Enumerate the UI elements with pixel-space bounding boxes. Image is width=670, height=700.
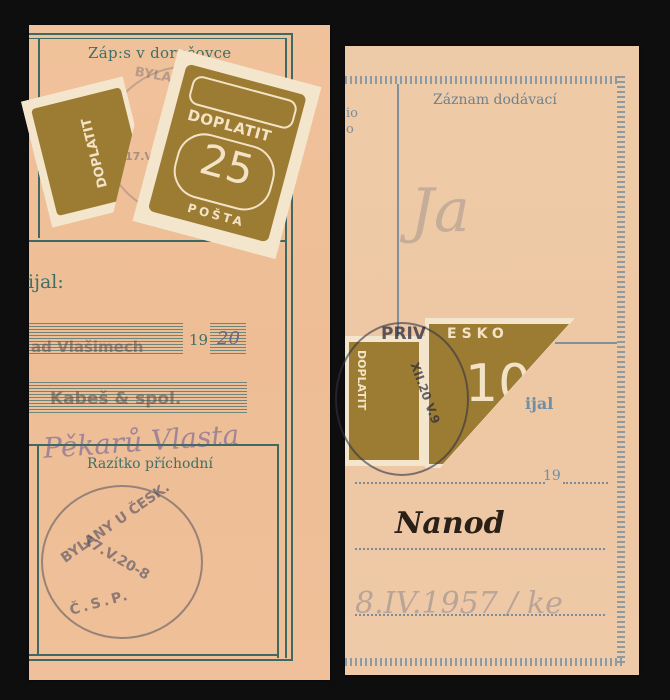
frame-line — [29, 38, 287, 39]
edge-fragment-1: io — [346, 106, 358, 122]
edge-fragment: io o — [346, 106, 358, 138]
decorative-border-top — [345, 76, 620, 84]
dotted-line — [355, 482, 545, 484]
received-label: ijal — [525, 394, 553, 413]
stamped-line-2: Kabeš & spol. — [50, 389, 181, 409]
box-bottom-line-outer — [29, 659, 293, 661]
stamp-label: DOPLATIT — [79, 116, 111, 189]
year-handwritten: 20 — [217, 328, 240, 349]
decorative-border-bottom — [345, 658, 625, 666]
dotted-line — [355, 614, 605, 616]
left-document: Záp:s v doručovce ijal: 19 20 ad Vlašime… — [29, 25, 330, 680]
edge-fragment-2: o — [346, 122, 358, 138]
decorative-border-right — [617, 76, 625, 664]
box-left-line — [37, 444, 39, 654]
year-prefix: 19 — [189, 331, 208, 349]
column-line — [397, 84, 399, 346]
dotted-line — [563, 482, 608, 484]
postmark-town: PRIV — [381, 324, 426, 344]
box-bottom-line — [29, 654, 279, 656]
stamp-country-text: ESKO — [447, 326, 509, 342]
frame-line — [29, 33, 291, 35]
pencil-mark: Ja — [410, 176, 470, 246]
dotted-line — [355, 548, 605, 550]
received-label: ijal: — [28, 271, 64, 293]
right-document: io o Záznam dodávací Ja ijal 19 Nanod 8.… — [345, 46, 639, 675]
box-right-line — [277, 444, 279, 658]
stamp-value: 10 — [465, 354, 531, 414]
stamped-line-1: ad Vlašimech — [31, 338, 143, 356]
header-title: Záznam dodávací — [433, 92, 557, 108]
field-line — [555, 342, 617, 344]
box-top-line — [29, 444, 277, 446]
handwritten-name: Nanod — [395, 506, 505, 541]
postmark-priv — [335, 322, 469, 476]
arrival-stamp-label: Razítko příchodní — [87, 456, 213, 472]
year-prefix: 19 — [543, 468, 561, 484]
